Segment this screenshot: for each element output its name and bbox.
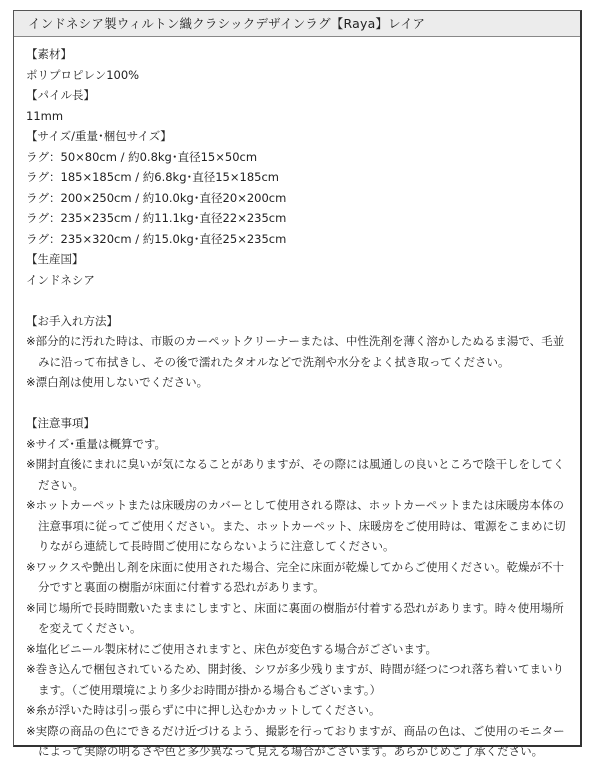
care-section: 【お手入れ方法】 ※部分的に汚れた時は、市販のカーペットクリーナーまたは、中性洗… [26,311,570,393]
material-value: ポリプロピレン100% [26,65,570,86]
caution-note: ※巻き込んで梱包されているため、開封後、シワが多少残りますが、時間が経つにつれ落… [26,659,570,700]
material-heading: 【素材】 [26,44,570,65]
pile-value: 11mm [26,106,570,127]
caution-heading: 【注意事項】 [26,413,570,434]
pile-section: 【パイル長】 11mm [26,85,570,126]
spacer [26,393,570,414]
size-row: ラグ：235×320cm / 約15.0kg･直径25×235cm [26,229,570,250]
product-title: インドネシア製ウィルトン織クラシックデザインラグ【Raya】レイア [14,11,580,37]
care-note: ※漂白剤は使用しないでください。 [26,372,570,393]
size-row: ラグ：200×250cm / 約10.0kg･直径20×200cm [26,188,570,209]
material-section: 【素材】 ポリプロピレン100% [26,44,570,85]
caution-note: ※塩化ビニール製床材にご使用されますと、床色が変色する場合がございます。 [26,639,570,660]
origin-value: インドネシア [26,270,570,291]
caution-note: ※開封直後にまれに臭いが気になることがありますが、その際には風通しの良いところで… [26,454,570,495]
product-spec-box: インドネシア製ウィルトン織クラシックデザインラグ【Raya】レイア 【素材】 ポ… [13,10,582,747]
spec-content: 【素材】 ポリプロピレン100% 【パイル長】 11mm 【サイズ/重量･梱包サ… [14,37,580,758]
caution-note: ※実際の商品の色にできるだけ近づけるよう、撮影を行っておりますが、商品の色は、ご… [26,721,570,758]
caution-note: ※同じ場所で長時間敷いたままにしますと、床面に裏面の樹脂が付着する恐れがあります… [26,598,570,639]
size-heading: 【サイズ/重量･梱包サイズ】 [26,126,570,147]
caution-note: ※糸が浮いた時は引っ張らずに中に押し込むかカットしてください。 [26,700,570,721]
size-row: ラグ：235×235cm / 約11.1kg･直径22×235cm [26,208,570,229]
size-section: 【サイズ/重量･梱包サイズ】 ラグ：50×80cm / 約0.8kg･直径15×… [26,126,570,249]
caution-note: ※ワックスや艶出し剤を床面に使用された場合、完全に床面が乾燥してからご使用くださ… [26,557,570,598]
pile-heading: 【パイル長】 [26,85,570,106]
spacer [26,290,570,311]
size-row: ラグ：185×185cm / 約6.8kg･直径15×185cm [26,167,570,188]
care-note: ※部分的に汚れた時は、市販のカーペットクリーナーまたは、中性洗剤を薄く溶かしたぬ… [26,331,570,372]
caution-note: ※ホットカーペットまたは床暖房のカバーとして使用される際は、ホットカーペットまた… [26,495,570,557]
caution-section: 【注意事項】 ※サイズ･重量は概算です。 ※開封直後にまれに臭いが気になることが… [26,413,570,758]
origin-section: 【生産国】 インドネシア [26,249,570,290]
care-heading: 【お手入れ方法】 [26,311,570,332]
size-row: ラグ：50×80cm / 約0.8kg･直径15×50cm [26,147,570,168]
origin-heading: 【生産国】 [26,249,570,270]
caution-note: ※サイズ･重量は概算です。 [26,434,570,455]
